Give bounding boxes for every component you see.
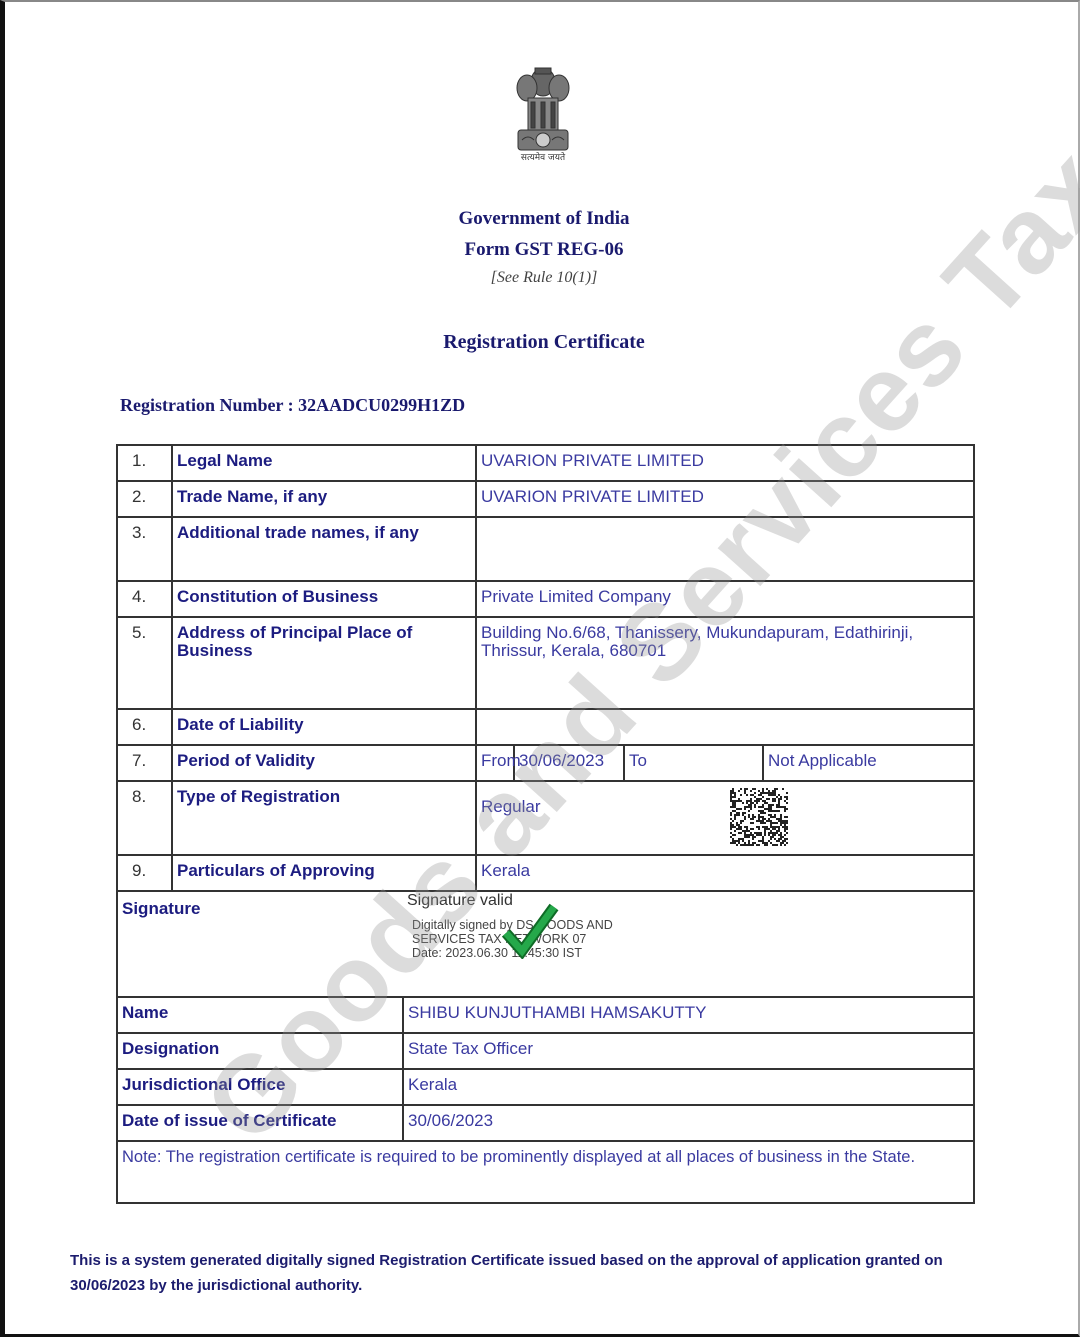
- row-number: 5.: [117, 617, 172, 709]
- row-number: 2.: [117, 481, 172, 517]
- emblem-motto: सत्यमेव जयते: [505, 150, 581, 163]
- row-number: 3.: [117, 517, 172, 581]
- row-number: 6.: [117, 709, 172, 745]
- row-label: Legal Name: [172, 445, 476, 481]
- row-label: Particulars of Approving: [172, 855, 476, 891]
- validity-to-label: To: [624, 745, 763, 781]
- footer-statement: This is a system generated digitally sig…: [70, 1248, 1010, 1298]
- additional-trade-names-value: [476, 517, 974, 581]
- signature-block: Signature Signature valid Digitally sign…: [122, 896, 969, 992]
- trade-name-value: UVARION PRIVATE LIMITED: [476, 481, 974, 517]
- display-note: Note: The registration certificate is re…: [117, 1141, 974, 1203]
- rule-reference: [See Rule 10(1)]: [0, 269, 1080, 287]
- table-row: Jurisdictional Office Kerala: [117, 1069, 974, 1105]
- government-heading: Government of India: [0, 208, 1080, 230]
- registration-number: Registration Number : 32AADCU0299H1ZD: [120, 395, 465, 416]
- table-row: 6. Date of Liability: [117, 709, 974, 745]
- table-row: Date of issue of Certificate 30/06/2023: [117, 1105, 974, 1141]
- qr-code-icon: [730, 788, 788, 846]
- validity-from-value: 30/06/2023: [514, 745, 624, 781]
- table-row: 5. Address of Principal Place of Busines…: [117, 617, 974, 709]
- validity-from-label: From: [476, 745, 514, 781]
- row-label: Date of Liability: [172, 709, 476, 745]
- issue-date-label: Date of issue of Certificate: [117, 1105, 403, 1141]
- legal-name-value: UVARION PRIVATE LIMITED: [476, 445, 974, 481]
- row-label: Period of Validity: [172, 745, 476, 781]
- jurisdictional-office-label: Jurisdictional Office: [117, 1069, 403, 1105]
- table-row: 8. Type of Registration Regular: [117, 781, 974, 855]
- designation-label: Designation: [117, 1033, 403, 1069]
- row-number: 7.: [117, 745, 172, 781]
- row-label: Additional trade names, if any: [172, 517, 476, 581]
- signature-row: Signature Signature valid Digitally sign…: [117, 891, 974, 997]
- form-heading: Form GST REG-06: [0, 239, 1080, 261]
- officer-name-value: SHIBU KUNJUTHAMBI HAMSAKUTTY: [403, 997, 974, 1033]
- validity-to-value: Not Applicable: [763, 745, 974, 781]
- row-label: Trade Name, if any: [172, 481, 476, 517]
- checkmark-icon: [500, 899, 560, 959]
- address-value: Building No.6/68, Thanissery, Mukundapur…: [476, 617, 974, 709]
- table-row: Name SHIBU KUNJUTHAMBI HAMSAKUTTY: [117, 997, 974, 1033]
- row-number: 4.: [117, 581, 172, 617]
- issue-date-value: 30/06/2023: [403, 1105, 974, 1141]
- table-row: Designation State Tax Officer: [117, 1033, 974, 1069]
- row-label: Constitution of Business: [172, 581, 476, 617]
- certificate-title: Registration Certificate: [0, 331, 1080, 354]
- certificate-table: 1. Legal Name UVARION PRIVATE LIMITED 2.…: [116, 444, 975, 1204]
- note-row: Note: The registration certificate is re…: [117, 1141, 974, 1203]
- jurisdictional-office-value: Kerala: [403, 1069, 974, 1105]
- row-number: 1.: [117, 445, 172, 481]
- row-label: Address of Principal Place of Business: [172, 617, 476, 709]
- signature-status: Signature valid: [407, 892, 513, 910]
- table-row: 3. Additional trade names, if any: [117, 517, 974, 581]
- row-number: 8.: [117, 781, 172, 855]
- approving-particulars-value: Kerala: [476, 855, 974, 891]
- table-row: 1. Legal Name UVARION PRIVATE LIMITED: [117, 445, 974, 481]
- officer-name-label: Name: [117, 997, 403, 1033]
- signature-label: Signature: [122, 900, 200, 918]
- registration-type-value: Regular: [476, 781, 974, 855]
- table-row: 4. Constitution of Business Private Limi…: [117, 581, 974, 617]
- date-of-liability-value: [476, 709, 974, 745]
- constitution-value: Private Limited Company: [476, 581, 974, 617]
- table-row: 2. Trade Name, if any UVARION PRIVATE LI…: [117, 481, 974, 517]
- designation-value: State Tax Officer: [403, 1033, 974, 1069]
- row-number: 9.: [117, 855, 172, 891]
- table-row: 7. Period of Validity From 30/06/2023 To…: [117, 745, 974, 781]
- row-label: Type of Registration: [172, 781, 476, 855]
- table-row: 9. Particulars of Approving Kerala: [117, 855, 974, 891]
